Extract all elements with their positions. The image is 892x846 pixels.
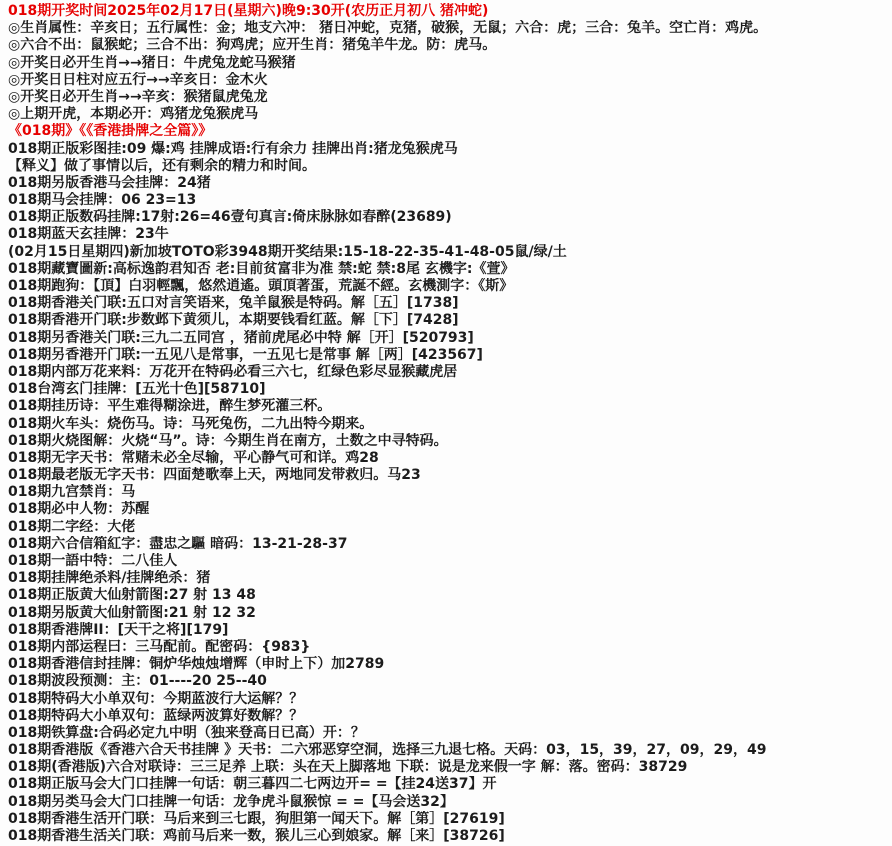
text-line: ◎生肖属性：辛亥日；五行属性：金；地支六冲： 猪日冲蛇，克猪，破猴，无鼠；六合：… [8, 20, 888, 37]
text-line: 018期另香港开门联:一五见八是常事，一五见七是常事 解［两］[423567] [8, 347, 888, 364]
text-line: 018台湾玄门挂牌：[五光十色][58710] [8, 381, 888, 398]
text-line: 018期铁算盘:合码必定九中明（独来登高日已高）开：？ [8, 725, 888, 742]
text-line: 018期正版马会大门口挂牌一句话：朝三暮四二七两边开= =【挂24送37】开 [8, 776, 888, 793]
text-line: ◎上期开虎，本期必开：鸡猪龙兔猴虎马 [8, 106, 888, 123]
text-line: ◎开奖日日柱对应五行→→辛亥日：金木火 [8, 72, 888, 89]
text-line: 018期香港版《香港六合天书挂牌 》天书：二六邪恶穿空洞，选择三九退七格。天码：… [8, 742, 888, 759]
text-line: 018期火烧图解：火烧“马”。诗：今期生肖在南方，土数之中寻特码。 [8, 433, 888, 450]
text-line: 018期正版数码挂牌:17射:26=46壹句真言:倚床脉脉如春醉(23689) [8, 209, 888, 226]
text-line: 018期火车头：烧伤马。诗：马死兔伤，二九出特今期来。 [8, 416, 888, 433]
text-line: 018期藏寶圖新:高标逸韵君知否 老:目前贫富非为准 禁:蛇 禁:8尾 玄機字:… [8, 261, 888, 278]
text-line: 018期香港生活开门联：马后来到三七跟，狗胆第一闻天下。解［第］[27619] [8, 811, 888, 828]
text-line: 018期无字天书：常赌未必全尽输，平心静气可和详。鸡28 [8, 450, 888, 467]
text-line: 018期香港信封挂牌：铜炉华烛烛增辉（申时上下）加2789 [8, 656, 888, 673]
text-line: 018期内部万花来料：万花开在特码必看三六七，红绿色彩尽显猴藏虎居 [8, 364, 888, 381]
text-line: ◎六合不出：鼠猴蛇；三合不出：狗鸡虎；应开生肖：猪兔羊牛龙。防：虎马。 [8, 37, 888, 54]
text-line: ◎开奖日必开生肖→→猪日：牛虎兔龙蛇马猴猪 [8, 55, 888, 72]
text-line: 018期另类马会大门口挂牌一句话：龙争虎斗鼠猴惊 = =【马会送32】 [8, 794, 888, 811]
text-line: 018期六合信箱紅字：盡忠之驅 暗码：13-21-28-37 [8, 536, 888, 553]
text-line: 018期马会挂牌：06 23=13 [8, 192, 888, 209]
text-line: 018期正版彩图挂:09 爆:鸡 挂牌成语:行有余力 挂牌出肖:猪龙兔猴虎马 [8, 141, 888, 158]
text-line: 018期开奖时间2025年02月17日(星期六)晚9:30开(农历正月初八 猪冲… [8, 3, 888, 20]
text-line: 018期特码大小单双句：蓝绿两波算好数解？？ [8, 708, 888, 725]
text-line: 018期二字经：大佬 [8, 519, 888, 536]
text-line: 018期蓝天玄挂牌：23牛 [8, 226, 888, 243]
text-line: 018期香港开门联:步数邺下黄须儿，本期要钱看红蓝。解［下］[7428] [8, 312, 888, 329]
text-line: 【释义】做了事情以后，还有剩余的精力和时间。 [8, 158, 888, 175]
text-line: 018期(香港版)六合对联诗：三三足养 上联：头在天上脚落地 下联：说是龙来假一… [8, 759, 888, 776]
text-line: 018期香港关门联:五口对言笑语来，兔羊鼠猴是特码。解［五］[1738] [8, 295, 888, 312]
text-line: 018期必中人物：苏醒 [8, 501, 888, 518]
text-line: 018期香港生活关门联：鸡前马后来一数，猴儿三心到娘家。解［来］[38726] [8, 828, 888, 845]
text-line: 018期特码大小单双句：今期蓝波行大运解？？ [8, 691, 888, 708]
text-line: 018期内部运程曰：三马配前。配密码：{983} [8, 639, 888, 656]
text-line: 018期另版香港马会挂牌：24猪 [8, 175, 888, 192]
text-line: 018期跑狗：【頂】白羽輕飄，悠然逍遙。頭頂著蛋，荒誕不經。玄機測字：《斯》 [8, 278, 888, 295]
text-line: 018期最老版无字天书：四面楚歌奉上天，两地同发带救归。马23 [8, 467, 888, 484]
text-line: 018期一語中特：二八佳人 [8, 553, 888, 570]
text-line: 018期正版黄大仙射箭图:27 射 13 48 [8, 587, 888, 604]
text-line: 018期挂牌绝杀料/挂牌绝杀：猪 [8, 570, 888, 587]
text-line: 018期另香港关门联:三九二五同宫 ，猪前虎尾必中特 解［开］[520793] [8, 330, 888, 347]
text-line: 018期香港牌II：[天干之将][179] [8, 622, 888, 639]
text-line: 《018期》《《香港掛牌之全篇》》 [8, 123, 888, 140]
text-lines-container: 018期开奖时间2025年02月17日(星期六)晚9:30开(农历正月初八 猪冲… [8, 3, 888, 845]
text-line: 018期波段预测：主：01----20 25--40 [8, 673, 888, 690]
text-line: ◎开奖日必开生肖→→辛亥：猴猪鼠虎兔龙 [8, 89, 888, 106]
text-line: 018期挂历诗：平生难得糊涂进，醉生梦死灌三杯。 [8, 398, 888, 415]
text-line: (02月15日星期四)新加坡TOTO彩3948期开奖结果:15-18-22-35… [8, 244, 888, 261]
text-line: 018期另版黄大仙射箭图:21 射 12 32 [8, 605, 888, 622]
text-line: 018期九宫禁肖：马 [8, 484, 888, 501]
lottery-info-page: 018期开奖时间2025年02月17日(星期六)晚9:30开(农历正月初八 猪冲… [0, 0, 892, 846]
